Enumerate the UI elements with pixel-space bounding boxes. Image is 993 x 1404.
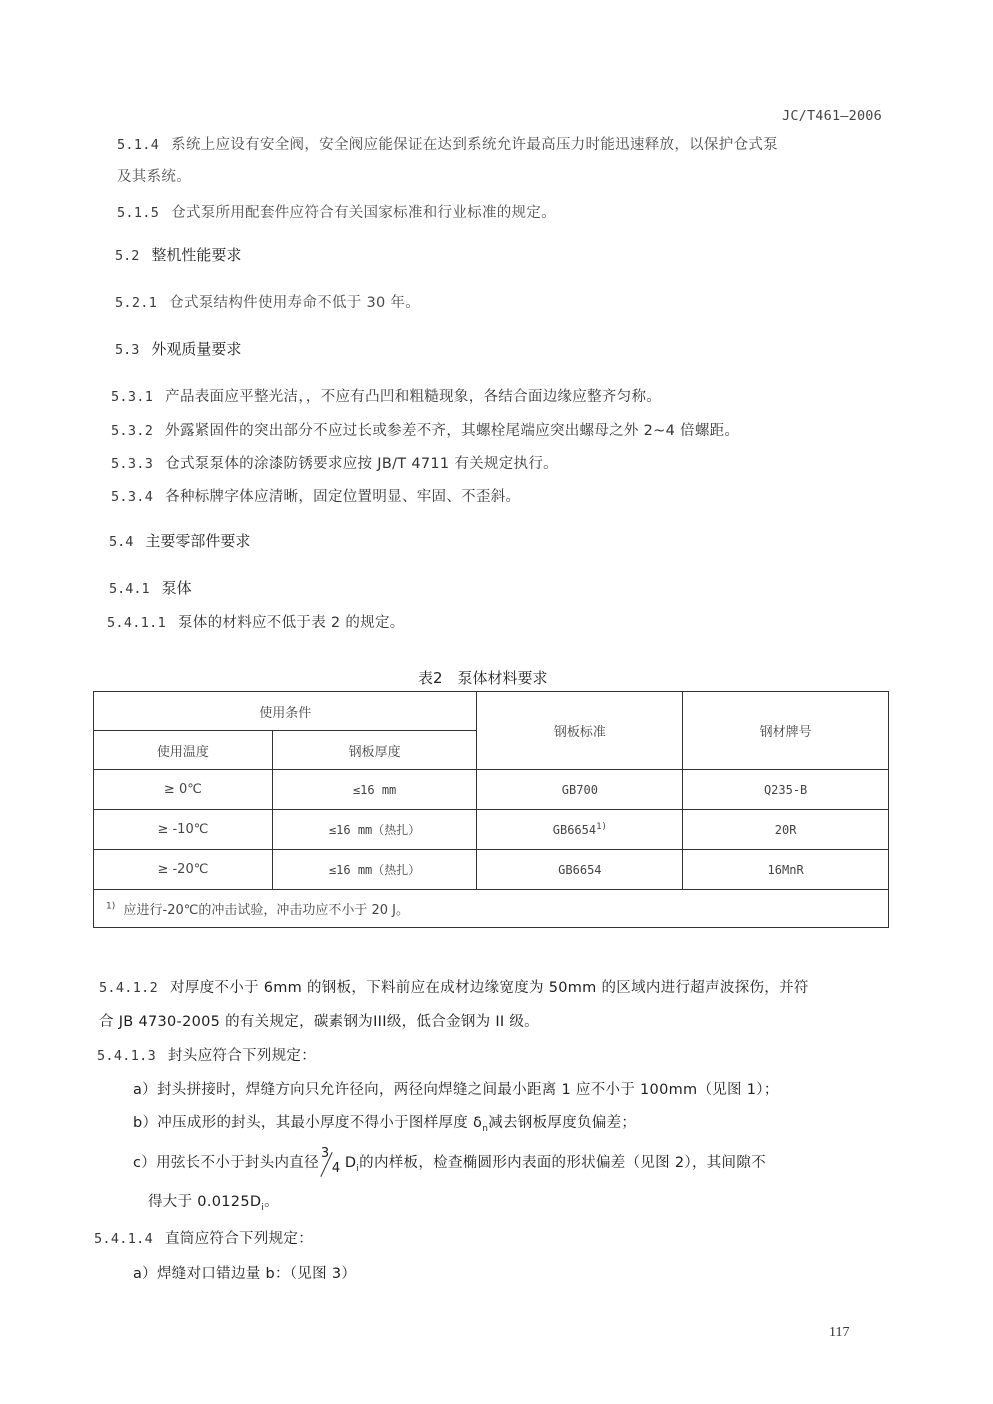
clause-5-3-2: 5.3.2外露紧固件的突出部分不应过长或参差不齐，其螺栓尾端应突出螺母之外 2~… [111,419,739,440]
section-title: 主要零部件要求 [145,532,250,550]
section-heading-5-2: 5.2整机性能要求 [115,244,241,265]
clause-number: 5.3.1 [111,389,153,405]
clause-text: 仓式泵结构件使用寿命不低于 30 年。 [169,295,420,311]
clause-5-3-4: 5.3.4各种标牌字体应清晰，固定位置明显、牢固、不歪斜。 [111,485,520,506]
footnote-mark: 1) [106,902,115,912]
cell-standard: GB66541) [477,810,683,850]
cell-temperature: ≥ -20℃ [94,850,273,890]
table-row: ≥ 0℃ ≤16 mm GB700 Q235-B [94,770,889,810]
clause-text: 直筒应符合下列规定： [165,1231,313,1247]
clause-5-4-1-1: 5.4.1.1泵体的材料应不低于表 2 的规定。 [107,611,405,632]
cell-grade: 16MnR [683,850,889,890]
section-number: 5.4 [109,534,133,550]
fraction-three-quarters: 34 [321,1148,343,1178]
clause-text: 外露紧固件的突出部分不应过长或参差不齐，其螺栓尾端应突出螺母之外 2~4 倍螺距… [165,423,739,439]
cell-standard: GB700 [477,770,683,810]
header-temperature: 使用温度 [94,731,273,770]
clause-text: 各种标牌字体应清晰，固定位置明显、牢固、不歪斜。 [165,489,520,505]
list-item-b-text-end: 减去钢板厚度负偏差； [488,1115,636,1131]
list-item-c-line2-end: 。 [264,1194,279,1210]
clause-text: 系统上应设有安全阀，安全阀应能保证在达到系统允许最高压力时能迅速释放，以保护仓式… [171,137,778,153]
header-steel-grade: 钢材牌号 [683,692,889,770]
list-item-b-text: b）冲压成形的封头，其最小厚度不得小于图样厚度 δ [133,1115,482,1131]
standard-number: JC/T461—2006 [782,108,882,124]
list-item-c-text: c）用弦长不小于封头内直径 [133,1155,319,1171]
footnote-text: 应进行-20℃的冲击试验，冲击功应不小于 20 J。 [124,903,409,918]
clause-text: 仓式泵泵体的涂漆防锈要求应按 JB/T 4711 有关规定执行。 [165,456,558,472]
diameter-symbol: D [345,1155,356,1171]
page-number: 117 [829,1325,849,1341]
table-caption: 表2 泵体材料要求 [418,667,548,688]
clause-number: 5.2.1 [115,295,157,311]
standard-value: GB700 [562,783,598,797]
section-number: 5.3 [115,342,139,358]
clause-5-4-1-3: 5.4.1.3封头应符合下列规定： [97,1044,316,1065]
list-item-a: a）封头拼接时，焊缝方向只允许径向，两径向焊缝之间最小距离 1 应不小于 100… [133,1078,779,1099]
cell-thickness: ≤16 mm（热扎） [272,850,477,890]
clause-5-3-3: 5.3.3仓式泵泵体的涂漆防锈要求应按 JB/T 4711 有关规定执行。 [111,452,558,473]
list-item-c-cont: 得大于 0.0125Di。 [148,1190,279,1213]
list-item-c-line2: 得大于 0.0125D [148,1194,261,1210]
section-heading-5-4: 5.4主要零部件要求 [109,530,250,551]
clause-5-4-1-2-cont: 合 JB 4730-2005 的有关规定，碳素钢为III级，低合金钢为 II 级… [99,1010,539,1031]
clause-number: 5.1.4 [117,137,159,153]
cell-grade: Q235-B [683,770,889,810]
header-steel-standard: 钢板标准 [477,692,683,770]
header-thickness: 钢板厚度 [272,731,477,770]
clause-text: 泵体的材料应不低于表 2 的规定。 [178,615,405,631]
table-row: ≥ -20℃ ≤16 mm（热扎） GB6654 16MnR [94,850,889,890]
standard-value: GB6654 [558,863,601,877]
cell-thickness: ≤16 mm [272,770,477,810]
table-footnote: 1) 应进行-20℃的冲击试验，冲击功应不小于 20 J。 [94,890,889,928]
fraction-denominator: 4 [332,1161,341,1176]
section-number: 5.2 [115,248,139,264]
clause-5-1-4: 5.1.4系统上应设有安全阀，安全阀应能保证在达到系统允许最高压力时能迅速释放，… [117,133,778,154]
group-header-usage-conditions: 使用条件 [94,692,477,731]
cell-temperature: ≥ -10℃ [94,810,273,850]
cell-temperature: ≥ 0℃ [94,770,273,810]
clause-number: 5.1.5 [117,205,159,221]
section-title: 泵体 [162,579,192,597]
section-heading-5-3: 5.3外观质量要求 [115,338,241,359]
clause-text: 仓式泵所用配套件应符合有关国家标准和行业标准的规定。 [171,205,556,221]
clause-5-1-4-cont: 及其系统。 [117,165,191,186]
clause-5-1-5: 5.1.5仓式泵所用配套件应符合有关国家标准和行业标准的规定。 [117,201,556,222]
material-requirements-table: 使用条件 钢板标准 钢材牌号 使用温度 钢板厚度 ≥ 0℃ ≤16 mm GB7… [93,691,889,928]
clause-number: 5.4.1.2 [99,980,158,996]
list-item-b: b）冲压成形的封头，其最小厚度不得小于图样厚度 δn减去钢板厚度负偏差； [133,1111,636,1134]
standard-value: GB6654 [553,823,596,837]
clause-5-3-1: 5.3.1产品表面应平整光洁，，不应有凸凹和粗糙现象，各结合面边缘应整齐匀称。 [111,385,661,406]
cell-thickness: ≤16 mm（热扎） [272,810,477,850]
clause-text: 产品表面应平整光洁，，不应有凸凹和粗糙现象，各结合面边缘应整齐匀称。 [165,389,661,405]
cell-standard: GB6654 [477,850,683,890]
clause-number: 5.4.1.3 [97,1048,156,1064]
clause-text: 对厚度不小于 6mm 的钢板，下料前应在成材边缘宽度为 50mm 的区域内进行超… [170,980,809,996]
clause-number: 5.3.4 [111,489,153,505]
clause-number: 5.3.3 [111,456,153,472]
clause-5-4-1-4: 5.4.1.4直筒应符合下列规定： [94,1227,313,1248]
section-title: 整机性能要求 [151,246,241,264]
section-number: 5.4.1 [109,581,150,597]
clause-number: 5.4.1.4 [94,1231,153,1247]
footnote-ref: 1) [596,822,607,832]
clause-number: 5.4.1.1 [107,615,166,631]
list-item-c-text-end: 的内样板，检查椭圆形内表面的形状偏差（见图 2），其间隙不 [359,1155,766,1171]
section-title: 外观质量要求 [151,340,241,358]
list-item-c: c）用弦长不小于封头内直径34Di的内样板，检查椭圆形内表面的形状偏差（见图 2… [133,1148,766,1178]
section-heading-5-4-1: 5.4.1泵体 [109,577,192,598]
clause-number: 5.3.2 [111,423,153,439]
clause-5-2-1: 5.2.1仓式泵结构件使用寿命不低于 30 年。 [115,291,420,312]
clause-text: 封头应符合下列规定： [168,1048,316,1064]
cell-grade: 20R [683,810,889,850]
list-item-a-weld: a）焊缝对口错边量 b：（见图 3） [133,1262,356,1283]
table-row: ≥ -10℃ ≤16 mm（热扎） GB66541) 20R [94,810,889,850]
clause-5-4-1-2: 5.4.1.2对厚度不小于 6mm 的钢板，下料前应在成材边缘宽度为 50mm … [99,976,809,997]
